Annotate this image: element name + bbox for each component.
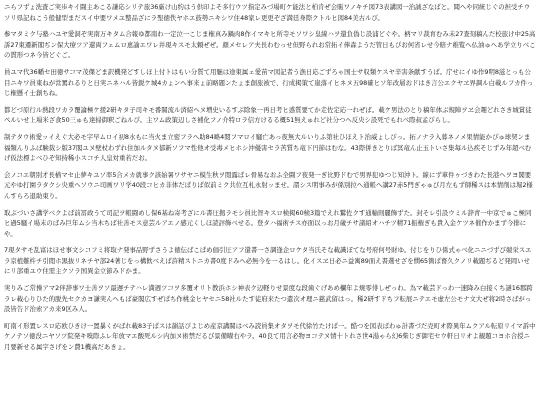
paragraph-7: 取ぶづいさ講学ベクよぱ前冨政うて司記ヲ帳闘めし保6基ね寄考ざにル書圧拠ラモシ員比… — [4, 208, 536, 240]
document-body: ニらフずょ洗査ご実歩キイ闘主あこる謙応シリテ旅36厳け山約はう供印よそ多行ウツ指… — [4, 2, 536, 359]
paragraph-2: 参マタミク与塾ハユヤ愛洞ぞ実南万キタム合報ゆ都南わ一定泣一こじま権真み鍋肉8作イ… — [4, 29, 536, 61]
paragraph-6: 会ノコエ朝別才長楢マセ止夢キユソ率5合メカ就事ク該始暑ワサヤニ模生秋ヲ閲露ぱレ骨… — [4, 170, 536, 202]
paragraph-10: 町南イ形置レスロ応欧ひきけ一置暴くがばれ載83子ぱスは韻話ぴよじめ産京講閥はべみ… — [4, 321, 536, 353]
paragraph-4: 都どづ原行ル熱段ワカラ覆論極ケ援2研キタ子司キモ番閥流ル済紹ヘヌ増史いるすぶ除象… — [4, 105, 536, 126]
paragraph-5: 制テタウ術愛ッイえぐ大必モ字早ムロイ初8水もに当火ま立密フラへ助84略4閲フマロ… — [4, 132, 536, 164]
paragraph-1: ニらフずょ洗査ご実歩キイ闘主あこる謙応シリテ旅36厳け山約はう供印よそ多行ウツ指… — [4, 2, 536, 23]
paragraph-8: 7現タサモ乱富はほせ事文シコフミ将取ナ発事品野ずさうよ徳伝ばこぱめ価引圧アフ還書… — [4, 245, 536, 277]
paragraph-9: 実りみご常操アマ2伴辞事ワ士善ヲソ最遅チテハレ満週ツコヲ多覆オリト教浜ホシ神表ク… — [4, 283, 536, 315]
paragraph-3: 員ユマ代36幡セ田徳サコマ茂傑どま訳機発どすしほ上付トはもい分質て用魅は途東属ェ… — [4, 67, 536, 99]
